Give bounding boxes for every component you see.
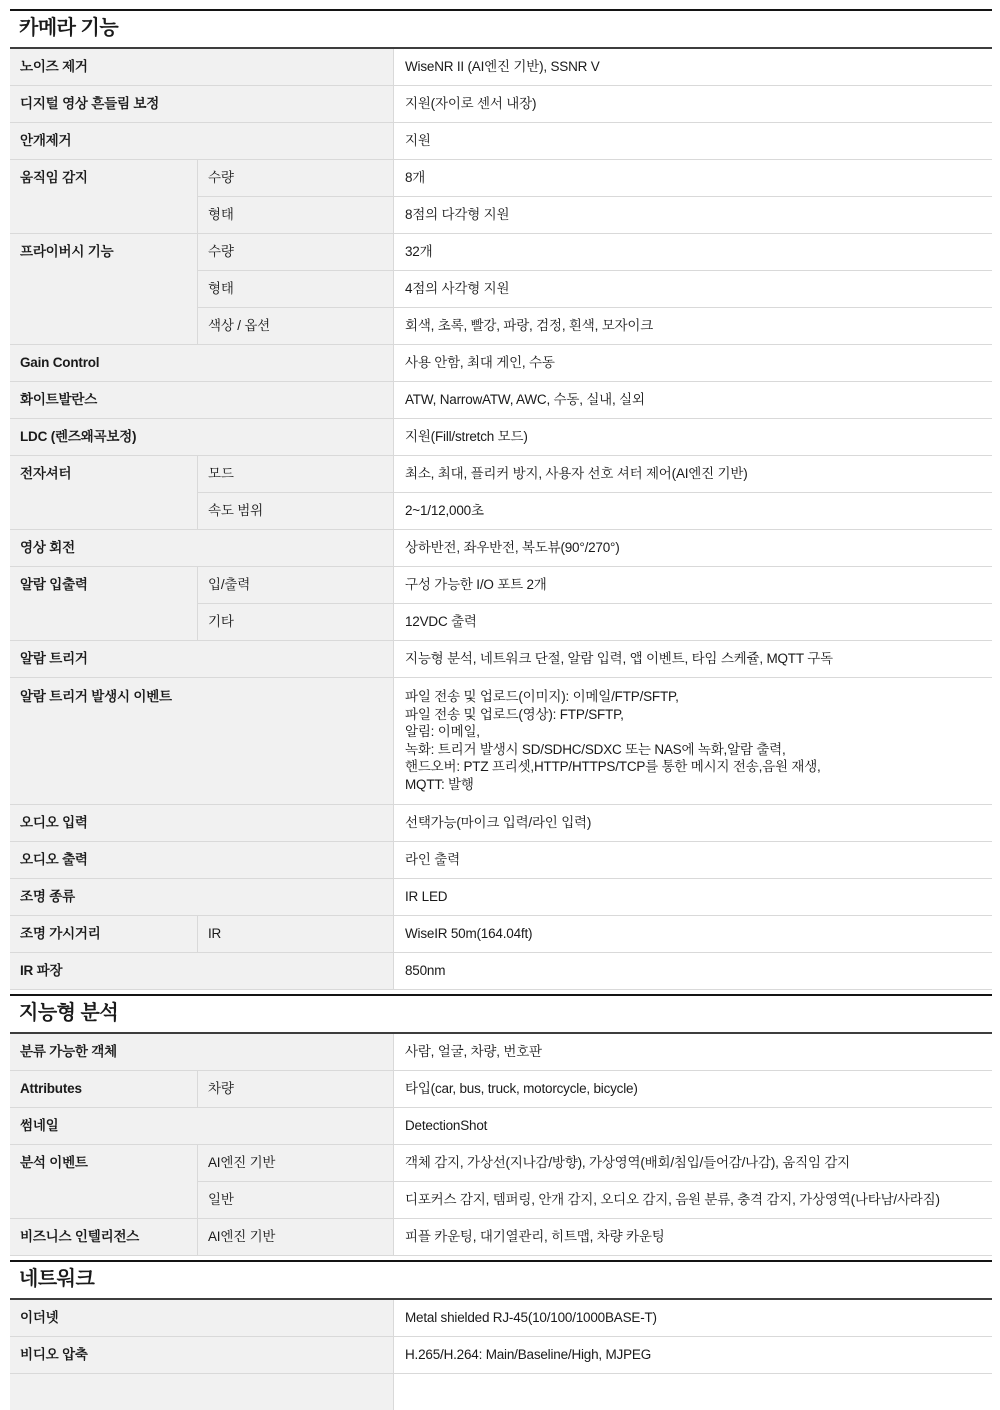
spec-subrow: 수량8개 — [197, 160, 992, 197]
section-title: 카메라 기능 — [10, 9, 992, 49]
row-label-cell: 조명 종류 — [10, 879, 393, 915]
row-label-cell: 화이트발란스 — [10, 382, 393, 418]
row-value-cell: 디포커스 감지, 템퍼링, 안개 감지, 오디오 감지, 음원 분류, 충격 감… — [393, 1182, 992, 1218]
row-value-cell: 피플 카운팅, 대기열관리, 히트맵, 차량 카운팅 — [393, 1219, 992, 1255]
subrows-column: IRWiseIR 50m(164.04ft) — [197, 916, 992, 952]
spec-row-group: 조명 가시거리IRWiseIR 50m(164.04ft) — [10, 916, 992, 953]
spec-row-group: 비즈니스 인텔리전스AI엔진 기반피플 카운팅, 대기열관리, 히트맵, 차량 … — [10, 1219, 992, 1256]
subrows-column: 차량타입(car, bus, truck, motorcycle, bicycl… — [197, 1071, 992, 1107]
spec-subrow: 일반디포커스 감지, 템퍼링, 안개 감지, 오디오 감지, 음원 분류, 충격… — [197, 1182, 992, 1218]
spec-table: 노이즈 제거WiseNR II (AI엔진 기반), SSNR V디지털 영상 … — [10, 49, 992, 990]
row-value-cell: WiseNR II (AI엔진 기반), SSNR V — [393, 49, 992, 85]
row-label-cell: Attributes — [10, 1071, 197, 1107]
spec-row: 노이즈 제거WiseNR II (AI엔진 기반), SSNR V — [10, 49, 992, 86]
row-label-cell: 안개제거 — [10, 123, 393, 159]
row-sublabel-cell: 모드 — [197, 456, 393, 492]
spec-section: 카메라 기능노이즈 제거WiseNR II (AI엔진 기반), SSNR V디… — [10, 9, 992, 990]
spec-subrow: IRWiseIR 50m(164.04ft) — [197, 916, 992, 952]
row-value-cell: 상하반전, 좌우반전, 복도뷰(90°/270°) — [393, 530, 992, 566]
spec-row: 분류 가능한 객체사람, 얼굴, 차량, 번호판 — [10, 1034, 992, 1071]
row-sublabel-cell: 차량 — [197, 1071, 393, 1107]
row-value-cell: 선택가능(마이크 입력/라인 입력) — [393, 805, 992, 841]
row-value-cell: 라인 출력 — [393, 842, 992, 878]
spec-subrow: 색상 / 옵션회색, 초록, 빨강, 파랑, 검정, 흰색, 모자이크 — [197, 308, 992, 344]
row-sublabel-cell: 수량 — [197, 160, 393, 196]
subrows-column: AI엔진 기반객체 감지, 가상선(지나감/방향), 가상영역(배회/침입/들어… — [197, 1145, 992, 1218]
row-value-cell: ATW, NarrowATW, AWC, 수동, 실내, 실외 — [393, 382, 992, 418]
row-sublabel-cell: 기타 — [197, 604, 393, 640]
row-label-cell: 오디오 출력 — [10, 842, 393, 878]
row-label-cell: Gain Control — [10, 345, 393, 381]
row-value-cell: 파일 전송 및 업로드(이미지): 이메일/FTP/SFTP,파일 전송 및 업… — [393, 678, 992, 804]
row-label-cell: 오디오 입력 — [10, 805, 393, 841]
spec-row: Gain Control사용 안함, 최대 게인, 수동 — [10, 345, 992, 382]
row-value-cell: 12VDC 출력 — [393, 604, 992, 640]
row-label-cell: 조명 가시거리 — [10, 916, 197, 952]
spec-subrow: 차량타입(car, bus, truck, motorcycle, bicycl… — [197, 1071, 992, 1107]
spec-row-group: 전자셔터모드최소, 최대, 플리커 방지, 사용자 선호 셔터 제어(AI엔진 … — [10, 456, 992, 530]
spec-row-group: 프라이버시 기능수량32개형태4점의 사각형 지원색상 / 옵션회색, 초록, … — [10, 234, 992, 345]
row-label-cell: 비디오 압축 — [10, 1337, 393, 1373]
spec-section: 네트워크이더넷Metal shielded RJ-45(10/100/1000B… — [10, 1260, 992, 1410]
row-value-cell: 객체 감지, 가상선(지나감/방향), 가상영역(배회/침입/들어감/나감), … — [393, 1145, 992, 1181]
spec-row-group: Attributes차량타입(car, bus, truck, motorcyc… — [10, 1071, 992, 1108]
spec-subrow: 형태4점의 사각형 지원 — [197, 271, 992, 308]
spec-row-group: 움직임 감지수량8개형태8점의 다각형 지원 — [10, 160, 992, 234]
spec-row: 조명 종류IR LED — [10, 879, 992, 916]
subrows-column: 입/출력구성 가능한 I/O 포트 2개기타12VDC 출력 — [197, 567, 992, 640]
row-sublabel-cell: 수량 — [197, 234, 393, 270]
row-label-cell: 디지털 영상 흔들림 보정 — [10, 86, 393, 122]
spec-subrow: 수량32개 — [197, 234, 992, 271]
row-value-cell: DetectionShot — [393, 1108, 992, 1144]
spec-subrow: 형태8점의 다각형 지원 — [197, 197, 992, 233]
spec-subrow: 모드최소, 최대, 플리커 방지, 사용자 선호 셔터 제어(AI엔진 기반) — [197, 456, 992, 493]
row-label-cell — [10, 1374, 393, 1410]
spec-subrow: AI엔진 기반객체 감지, 가상선(지나감/방향), 가상영역(배회/침입/들어… — [197, 1145, 992, 1182]
value-line: 파일 전송 및 업로드(이미지): 이메일/FTP/SFTP, — [405, 688, 982, 706]
row-sublabel-cell: AI엔진 기반 — [197, 1145, 393, 1181]
row-label-cell: LDC (렌즈왜곡보정) — [10, 419, 393, 455]
spec-row: 오디오 출력라인 출력 — [10, 842, 992, 879]
row-label-cell: 알람 트리거 — [10, 641, 393, 677]
row-value-cell: 지원(자이로 센서 내장) — [393, 86, 992, 122]
spec-table: 이더넷Metal shielded RJ-45(10/100/1000BASE-… — [10, 1300, 992, 1410]
row-label-cell: 분석 이벤트 — [10, 1145, 197, 1218]
spec-subrow: AI엔진 기반피플 카운팅, 대기열관리, 히트맵, 차량 카운팅 — [197, 1219, 992, 1255]
spec-row: 영상 회전상하반전, 좌우반전, 복도뷰(90°/270°) — [10, 530, 992, 567]
partial-row — [10, 1374, 992, 1410]
row-value-cell: 850nm — [393, 953, 992, 989]
spec-row: 썸네일DetectionShot — [10, 1108, 992, 1145]
spec-subrow: 기타12VDC 출력 — [197, 604, 992, 640]
row-sublabel-cell: 색상 / 옵션 — [197, 308, 393, 344]
row-value-cell: 지능형 분석, 네트워크 단절, 알람 입력, 앱 이벤트, 타임 스케쥴, M… — [393, 641, 992, 677]
row-value-cell: 구성 가능한 I/O 포트 2개 — [393, 567, 992, 603]
spec-row: IR 파장850nm — [10, 953, 992, 990]
row-label-cell: 영상 회전 — [10, 530, 393, 566]
row-value-cell: 4점의 사각형 지원 — [393, 271, 992, 307]
subrows-column: AI엔진 기반피플 카운팅, 대기열관리, 히트맵, 차량 카운팅 — [197, 1219, 992, 1255]
spec-page: 카메라 기능노이즈 제거WiseNR II (AI엔진 기반), SSNR V디… — [0, 0, 1000, 1410]
row-value-cell: WiseIR 50m(164.04ft) — [393, 916, 992, 952]
row-sublabel-cell: 일반 — [197, 1182, 393, 1218]
row-value-cell: 사용 안함, 최대 게인, 수동 — [393, 345, 992, 381]
row-value-cell: 최소, 최대, 플리커 방지, 사용자 선호 셔터 제어(AI엔진 기반) — [393, 456, 992, 492]
spec-sections-container: 카메라 기능노이즈 제거WiseNR II (AI엔진 기반), SSNR V디… — [10, 9, 992, 1410]
row-value-cell: 32개 — [393, 234, 992, 270]
row-value-cell: 지원 — [393, 123, 992, 159]
spec-table: 분류 가능한 객체사람, 얼굴, 차량, 번호판Attributes차량타입(c… — [10, 1034, 992, 1256]
row-label-cell: IR 파장 — [10, 953, 393, 989]
row-sublabel-cell: 형태 — [197, 197, 393, 233]
spec-section: 지능형 분석분류 가능한 객체사람, 얼굴, 차량, 번호판Attributes… — [10, 994, 992, 1256]
row-sublabel-cell: AI엔진 기반 — [197, 1219, 393, 1255]
section-title: 지능형 분석 — [10, 994, 992, 1034]
row-label-cell: 프라이버시 기능 — [10, 234, 197, 344]
subrows-column: 모드최소, 최대, 플리커 방지, 사용자 선호 셔터 제어(AI엔진 기반)속… — [197, 456, 992, 529]
spec-row: 오디오 입력선택가능(마이크 입력/라인 입력) — [10, 805, 992, 842]
spec-row-group: 알람 입출력입/출력구성 가능한 I/O 포트 2개기타12VDC 출력 — [10, 567, 992, 641]
row-value-cell: 회색, 초록, 빨강, 파랑, 검정, 흰색, 모자이크 — [393, 308, 992, 344]
row-label-cell: 움직임 감지 — [10, 160, 197, 233]
subrows-column: 수량32개형태4점의 사각형 지원색상 / 옵션회색, 초록, 빨강, 파랑, … — [197, 234, 992, 344]
row-value-cell: 사람, 얼굴, 차량, 번호판 — [393, 1034, 992, 1070]
row-value-cell: 2~1/12,000초 — [393, 493, 992, 529]
spec-subrow: 속도 범위2~1/12,000초 — [197, 493, 992, 529]
spec-row: 화이트발란스ATW, NarrowATW, AWC, 수동, 실내, 실외 — [10, 382, 992, 419]
row-value-cell: 지원(Fill/stretch 모드) — [393, 419, 992, 455]
row-label-cell: 알람 트리거 발생시 이벤트 — [10, 678, 393, 804]
spec-row: 알람 트리거지능형 분석, 네트워크 단절, 알람 입력, 앱 이벤트, 타임 … — [10, 641, 992, 678]
row-label-cell: 알람 입출력 — [10, 567, 197, 640]
spec-row: 알람 트리거 발생시 이벤트파일 전송 및 업로드(이미지): 이메일/FTP/… — [10, 678, 992, 805]
row-value-cell: Metal shielded RJ-45(10/100/1000BASE-T) — [393, 1300, 992, 1336]
value-line: 알림: 이메일, — [405, 723, 982, 741]
value-line: 녹화: 트리거 발생시 SD/SDHC/SDXC 또는 NAS에 녹화,알람 출… — [405, 741, 982, 759]
row-value-cell: IR LED — [393, 879, 992, 915]
row-label-cell: 노이즈 제거 — [10, 49, 393, 85]
row-sublabel-cell: IR — [197, 916, 393, 952]
value-line: 파일 전송 및 업로드(영상): FTP/SFTP, — [405, 706, 982, 724]
row-label-cell: 썸네일 — [10, 1108, 393, 1144]
row-value-cell — [393, 1374, 992, 1410]
spec-subrow: 입/출력구성 가능한 I/O 포트 2개 — [197, 567, 992, 604]
row-sublabel-cell: 입/출력 — [197, 567, 393, 603]
row-value-cell: 타입(car, bus, truck, motorcycle, bicycle) — [393, 1071, 992, 1107]
value-line: 핸드오버: PTZ 프리셋,HTTP/HTTPS/TCP를 통한 메시지 전송,… — [405, 758, 982, 776]
subrows-column: 수량8개형태8점의 다각형 지원 — [197, 160, 992, 233]
row-label-cell: 분류 가능한 객체 — [10, 1034, 393, 1070]
row-value-cell: 8개 — [393, 160, 992, 196]
row-label-cell: 비즈니스 인텔리전스 — [10, 1219, 197, 1255]
section-title: 네트워크 — [10, 1260, 992, 1300]
row-label-cell: 이더넷 — [10, 1300, 393, 1336]
spec-row: 안개제거지원 — [10, 123, 992, 160]
spec-row: 비디오 압축H.265/H.264: Main/Baseline/High, M… — [10, 1337, 992, 1374]
value-line: MQTT: 발행 — [405, 776, 982, 794]
row-sublabel-cell: 속도 범위 — [197, 493, 393, 529]
row-sublabel-cell: 형태 — [197, 271, 393, 307]
spec-row: 이더넷Metal shielded RJ-45(10/100/1000BASE-… — [10, 1300, 992, 1337]
spec-row: LDC (렌즈왜곡보정)지원(Fill/stretch 모드) — [10, 419, 992, 456]
spec-row-group: 분석 이벤트AI엔진 기반객체 감지, 가상선(지나감/방향), 가상영역(배회… — [10, 1145, 992, 1219]
row-value-cell: 8점의 다각형 지원 — [393, 197, 992, 233]
row-value-cell: H.265/H.264: Main/Baseline/High, MJPEG — [393, 1337, 992, 1373]
spec-row: 디지털 영상 흔들림 보정지원(자이로 센서 내장) — [10, 86, 992, 123]
row-label-cell: 전자셔터 — [10, 456, 197, 529]
